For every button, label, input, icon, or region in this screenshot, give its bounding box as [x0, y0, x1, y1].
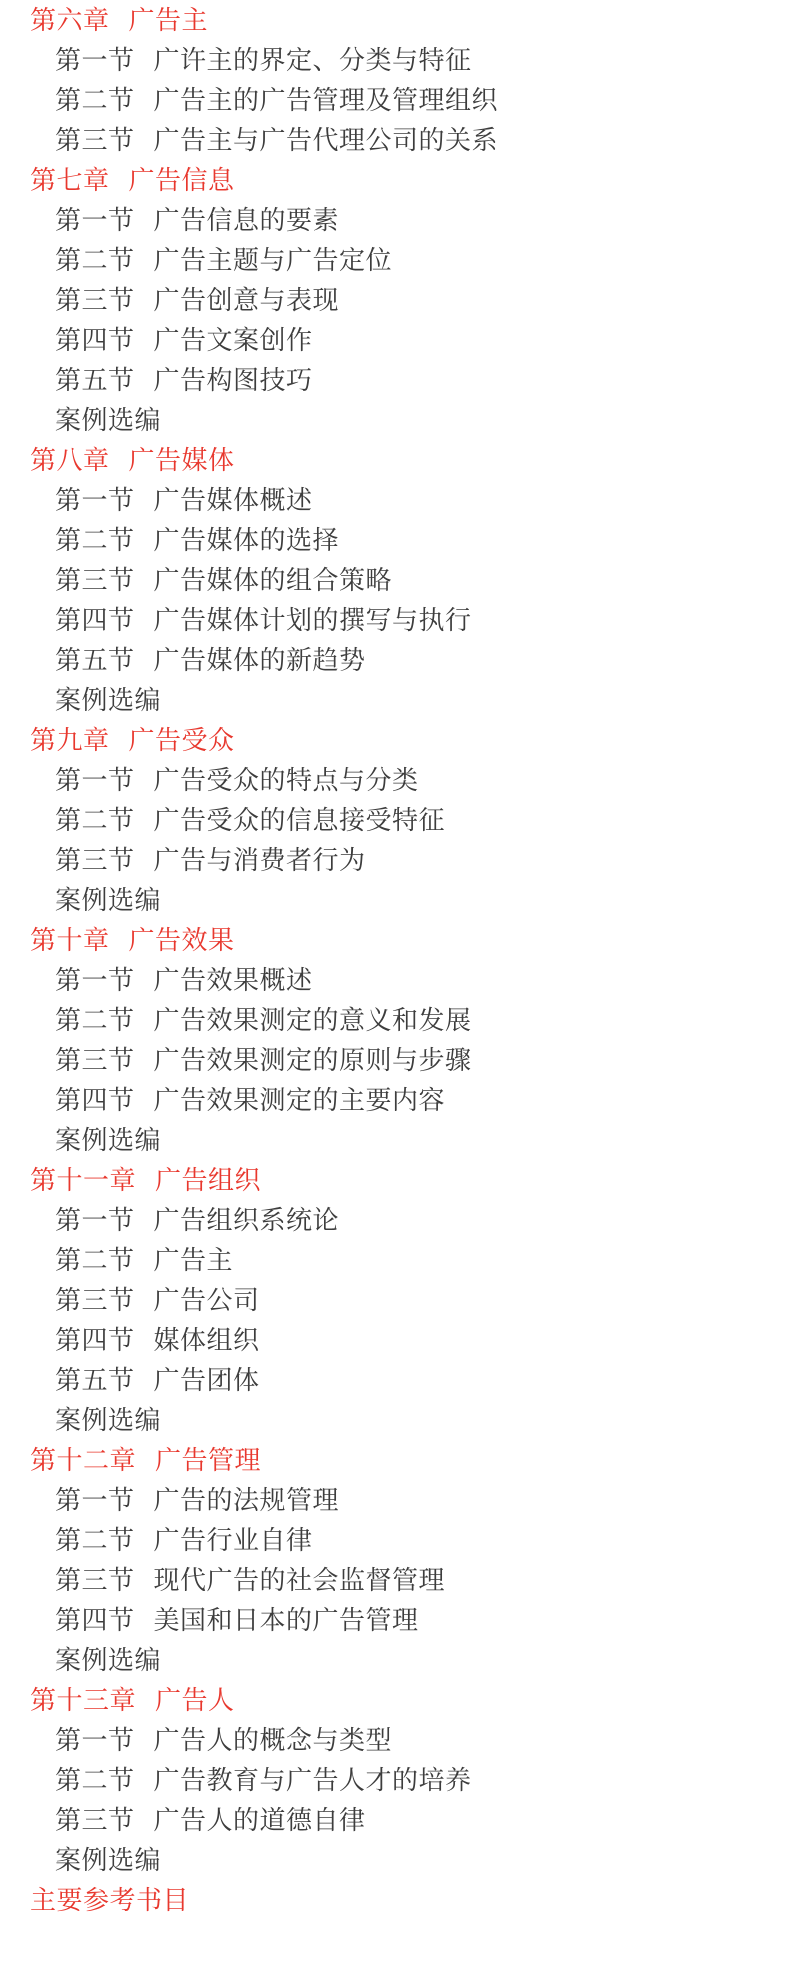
row-number-label: 第一节	[55, 760, 135, 800]
row-title: 广告信息	[129, 160, 235, 200]
row-title: 广告人	[155, 1680, 235, 1720]
row-title: 广告管理	[155, 1440, 261, 1480]
row-title: 广告文案创作	[154, 320, 313, 360]
row-title: 广告人的道德自律	[154, 1800, 366, 1840]
section-item: 第三节广告人的道德自律	[0, 1800, 790, 1840]
section-item: 第三节广告创意与表现	[0, 280, 790, 320]
row-number-label: 第一节	[55, 1480, 135, 1520]
chapter-heading: 第十章广告效果	[0, 920, 790, 960]
row-title: 广告创意与表现	[154, 280, 340, 320]
section-item: 第三节广告公司	[0, 1280, 790, 1320]
row-number-label: 第三节	[55, 1800, 135, 1840]
chapter-heading: 第九章广告受众	[0, 720, 790, 760]
case-studies-item: 案例选编	[0, 680, 790, 720]
row-title: 广告信息的要素	[154, 200, 340, 240]
row-number-label: 第一节	[55, 200, 135, 240]
row-title: 广许主的界定、分类与特征	[154, 40, 472, 80]
section-item: 第二节广告教育与广告人才的培养	[0, 1760, 790, 1800]
row-number-label: 第二节	[55, 240, 135, 280]
row-title: 广告效果测定的意义和发展	[154, 1000, 472, 1040]
table-of-contents: 第六章广告主第一节广许主的界定、分类与特征第二节广告主的广告管理及管理组织第三节…	[0, 0, 790, 1920]
row-title: 广告受众的特点与分类	[154, 760, 419, 800]
row-number-label: 第六章	[30, 0, 110, 40]
row-title: 案例选编	[55, 1400, 161, 1440]
row-title: 广告人的概念与类型	[154, 1720, 393, 1760]
toc-page: 第六章广告主第一节广许主的界定、分类与特征第二节广告主的广告管理及管理组织第三节…	[0, 0, 790, 1972]
section-item: 第四节美国和日本的广告管理	[0, 1600, 790, 1640]
row-number-label: 第五节	[55, 1360, 135, 1400]
section-item: 第二节广告受众的信息接受特征	[0, 800, 790, 840]
row-number-label: 第八章	[30, 440, 110, 480]
case-studies-item: 案例选编	[0, 1400, 790, 1440]
section-item: 第三节广告效果测定的原则与步骤	[0, 1040, 790, 1080]
section-item: 第二节广告主	[0, 1240, 790, 1280]
row-title: 美国和日本的广告管理	[154, 1600, 419, 1640]
row-number-label: 第五节	[55, 640, 135, 680]
section-item: 第一节广告媒体概述	[0, 480, 790, 520]
row-title: 现代广告的社会监督管理	[154, 1560, 446, 1600]
row-title: 广告主题与广告定位	[154, 240, 393, 280]
chapter-heading: 第十二章广告管理	[0, 1440, 790, 1480]
row-title: 广告媒体	[129, 440, 235, 480]
row-number-label: 第一节	[55, 1200, 135, 1240]
row-number-label: 第一节	[55, 480, 135, 520]
row-title: 案例选编	[55, 400, 161, 440]
row-number-label: 第二节	[55, 520, 135, 560]
section-item: 第三节现代广告的社会监督管理	[0, 1560, 790, 1600]
row-title: 广告的法规管理	[154, 1480, 340, 1520]
chapter-heading: 第八章广告媒体	[0, 440, 790, 480]
chapter-heading: 第十一章广告组织	[0, 1160, 790, 1200]
row-title: 广告效果测定的主要内容	[154, 1080, 446, 1120]
row-title: 广告团体	[154, 1360, 260, 1400]
row-title: 广告媒体计划的撰写与执行	[154, 600, 472, 640]
row-title: 广告受众	[129, 720, 235, 760]
row-number-label: 第一节	[55, 40, 135, 80]
row-title: 广告媒体概述	[154, 480, 313, 520]
row-number-label: 第三节	[55, 1280, 135, 1320]
section-item: 第一节广告信息的要素	[0, 200, 790, 240]
chapter-heading: 第七章广告信息	[0, 160, 790, 200]
row-number-label: 第二节	[55, 1000, 135, 1040]
row-title: 广告公司	[154, 1280, 260, 1320]
section-item: 第二节广告主的广告管理及管理组织	[0, 80, 790, 120]
section-item: 第五节广告团体	[0, 1360, 790, 1400]
section-item: 第一节广告人的概念与类型	[0, 1720, 790, 1760]
section-item: 第四节广告效果测定的主要内容	[0, 1080, 790, 1120]
case-studies-item: 案例选编	[0, 880, 790, 920]
section-item: 第一节广许主的界定、分类与特征	[0, 40, 790, 80]
row-number-label: 第三节	[55, 1040, 135, 1080]
section-item: 第四节广告媒体计划的撰写与执行	[0, 600, 790, 640]
section-item: 第二节广告行业自律	[0, 1520, 790, 1560]
section-item: 第三节广告媒体的组合策略	[0, 560, 790, 600]
case-studies-item: 案例选编	[0, 400, 790, 440]
row-number-label: 第三节	[55, 560, 135, 600]
row-title: 案例选编	[55, 1120, 161, 1160]
chapter-heading: 第十三章广告人	[0, 1680, 790, 1720]
section-item: 第三节广告主与广告代理公司的关系	[0, 120, 790, 160]
case-studies-item: 案例选编	[0, 1840, 790, 1880]
row-number-label: 第三节	[55, 280, 135, 320]
row-number-label: 第七章	[30, 160, 110, 200]
row-title: 广告与消费者行为	[154, 840, 366, 880]
section-item: 第四节广告文案创作	[0, 320, 790, 360]
row-number-label: 第四节	[55, 600, 135, 640]
section-item: 第一节广告效果概述	[0, 960, 790, 1000]
row-number-label: 第三节	[55, 120, 135, 160]
section-item: 第三节广告与消费者行为	[0, 840, 790, 880]
row-number-label: 第十二章	[30, 1440, 136, 1480]
row-number-label: 第二节	[55, 1520, 135, 1560]
row-title: 广告效果概述	[154, 960, 313, 1000]
row-number-label: 第二节	[55, 1240, 135, 1280]
row-number-label: 第二节	[55, 1760, 135, 1800]
row-number-label: 第一节	[55, 960, 135, 1000]
section-item: 第一节广告受众的特点与分类	[0, 760, 790, 800]
row-number-label: 第四节	[55, 1600, 135, 1640]
row-title: 广告行业自律	[154, 1520, 313, 1560]
row-title: 广告组织系统论	[154, 1200, 340, 1240]
section-item: 第二节广告效果测定的意义和发展	[0, 1000, 790, 1040]
section-item: 第二节广告主题与广告定位	[0, 240, 790, 280]
row-title: 案例选编	[55, 880, 161, 920]
row-number-label: 第一节	[55, 1720, 135, 1760]
row-title: 广告主与广告代理公司的关系	[154, 120, 499, 160]
row-number-label: 第二节	[55, 800, 135, 840]
row-title: 案例选编	[55, 1840, 161, 1880]
case-studies-item: 案例选编	[0, 1640, 790, 1680]
backmatter-heading: 主要参考书目	[0, 1880, 790, 1920]
row-title: 媒体组织	[154, 1320, 260, 1360]
row-title: 广告组织	[155, 1160, 261, 1200]
row-number-label: 第九章	[30, 720, 110, 760]
row-title: 广告主	[129, 0, 209, 40]
row-title: 广告效果测定的原则与步骤	[154, 1040, 472, 1080]
section-item: 第一节广告组织系统论	[0, 1200, 790, 1240]
row-title: 案例选编	[55, 680, 161, 720]
row-number-label: 第四节	[55, 1080, 135, 1120]
row-title: 广告构图技巧	[154, 360, 313, 400]
row-number-label: 第十一章	[30, 1160, 136, 1200]
row-number-label: 第四节	[55, 320, 135, 360]
section-item: 第五节广告构图技巧	[0, 360, 790, 400]
row-number-label: 第十三章	[30, 1680, 136, 1720]
case-studies-item: 案例选编	[0, 1120, 790, 1160]
row-number-label: 第三节	[55, 840, 135, 880]
section-item: 第五节广告媒体的新趋势	[0, 640, 790, 680]
row-title: 主要参考书目	[30, 1880, 189, 1920]
row-number-label: 第二节	[55, 80, 135, 120]
row-title: 广告效果	[129, 920, 235, 960]
section-item: 第一节广告的法规管理	[0, 1480, 790, 1520]
section-item: 第二节广告媒体的选择	[0, 520, 790, 560]
row-title: 案例选编	[55, 1640, 161, 1680]
row-title: 广告媒体的新趋势	[154, 640, 366, 680]
row-number-label: 第三节	[55, 1560, 135, 1600]
row-title: 广告媒体的选择	[154, 520, 340, 560]
chapter-heading: 第六章广告主	[0, 0, 790, 40]
row-number-label: 第十章	[30, 920, 110, 960]
row-number-label: 第五节	[55, 360, 135, 400]
row-number-label: 第四节	[55, 1320, 135, 1360]
row-title: 广告教育与广告人才的培养	[154, 1760, 472, 1800]
section-item: 第四节媒体组织	[0, 1320, 790, 1360]
row-title: 广告受众的信息接受特征	[154, 800, 446, 840]
row-title: 广告主的广告管理及管理组织	[154, 80, 499, 120]
row-title: 广告主	[154, 1240, 234, 1280]
row-title: 广告媒体的组合策略	[154, 560, 393, 600]
